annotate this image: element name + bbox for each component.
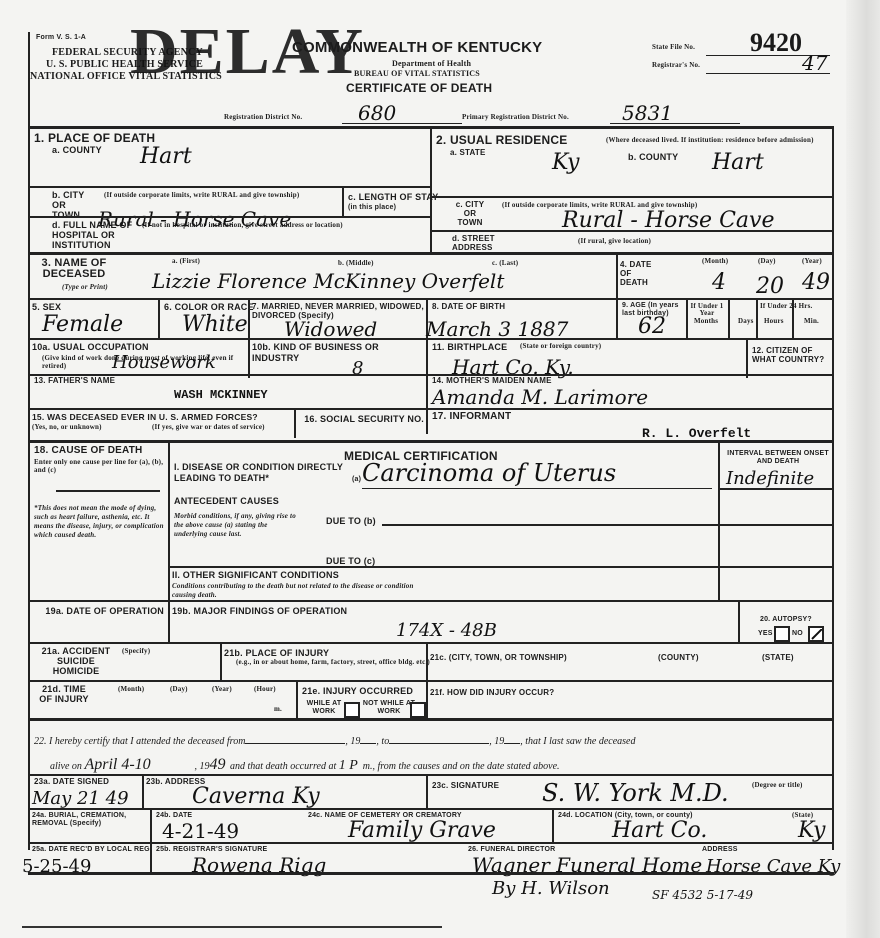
burial-state-value: Ky	[798, 820, 825, 842]
registrar-number: 47	[802, 52, 827, 74]
birthplace-label: 11. BIRTHPLACE	[432, 342, 507, 352]
burial-location-value: Hart Co.	[612, 820, 707, 842]
min-label: Min.	[804, 318, 819, 325]
last-seen-year: 49	[209, 756, 227, 775]
injury-year-label: (Year)	[212, 686, 232, 693]
informant-value: R. L. Overfelt	[642, 426, 751, 441]
due-to-b-label: DUE TO (b)	[326, 516, 376, 526]
death-day-value: 20	[756, 276, 784, 298]
bureau: BUREAU OF VITAL STATISTICS	[354, 69, 480, 79]
color-race-label: 6. COLOR OR RACE	[164, 302, 254, 312]
autopsy-no-checkbox[interactable]	[808, 626, 824, 642]
ssn-label: 16. SOCIAL SECURITY NO.	[300, 414, 424, 425]
state-title: COMMONWEALTH OF KENTUCKY	[292, 40, 542, 55]
certification-line-2: alive on April 4-10, 1949 and that death…	[50, 756, 560, 775]
date-of-death-label: 4. DATE OF DEATH	[620, 260, 660, 287]
filing-stamp-note: SF 4532 5-17-49	[652, 884, 753, 906]
primary-district-value: 5831	[622, 102, 673, 124]
business-label: 10b. KIND OF BUSINESS OR INDUSTRY	[252, 342, 428, 364]
injury-hour-label: (Hour)	[254, 686, 276, 693]
father-value: WASH MCKINNEY	[174, 388, 268, 402]
autopsy-yes-label: YES	[758, 630, 773, 637]
funeral-address-label: ADDRESS	[702, 846, 738, 853]
while-at-work-label: WHILE AT WORK	[302, 700, 346, 716]
hospital-label: d. FULL NAME OF HOSPITAL OR INSTITUTION	[52, 220, 136, 250]
place-of-injury-label: 21b. PLACE OF INJURY	[224, 648, 329, 658]
length-of-stay-label: c. LENGTH OF STAY	[348, 192, 438, 202]
registrar-signature-label: 25b. REGISTRAR'S SIGNATURE	[156, 846, 267, 853]
under-24-hrs-label: If Under 24 Hrs.	[760, 303, 832, 310]
registration-district-label: Registration District No.	[224, 114, 302, 121]
interval-value: Indefinite	[726, 468, 814, 490]
interval-label: INTERVAL BETWEEN ONSET AND DEATH	[724, 450, 832, 466]
cemetery-value: Family Grave	[348, 820, 496, 842]
certification-line-1: 22. I hereby certify that I attended the…	[34, 736, 635, 747]
informant-label: 17. INFORMANT	[432, 412, 511, 422]
business-value: 8	[352, 358, 363, 380]
occupation-label: 10a. USUAL OCCUPATION	[32, 342, 149, 352]
not-while-at-work-checkbox[interactable]	[410, 702, 426, 718]
operation-findings-label: 19b. MAJOR FINDINGS OF OPERATION	[172, 606, 347, 616]
injury-month-label: (Month)	[118, 686, 144, 693]
cause-footnote: *This does not mean the mode of dying, s…	[34, 504, 166, 540]
accident-label: 21a. ACCIDENT SUICIDE HOMICIDE	[36, 646, 116, 676]
first-name-label: a. (First)	[172, 258, 200, 265]
autopsy-no-label: NO	[792, 630, 803, 637]
residence-state-label: a. STATE	[450, 148, 486, 158]
armed-forces-note-a: (Yes, no, or unknown)	[32, 424, 102, 431]
autopsy-yes-checkbox[interactable]	[774, 626, 790, 642]
physician-signature: S. W. York M.D.	[542, 782, 729, 804]
funeral-director-signature: By H. Wilson	[492, 878, 610, 900]
time-of-injury-label: 21d. TIME OF INJURY	[36, 684, 92, 704]
date-received-label: 25a. DATE REC'D BY LOCAL REG.	[32, 846, 152, 853]
residence-city-label: c. CITY OR TOWN	[452, 200, 488, 227]
burial-date-label: 24b. DATE	[156, 812, 192, 819]
operation-findings-value: 174X - 48B	[396, 620, 497, 642]
injury-city-label: 21c. (CITY, TOWN, OR TOWNSHIP)	[430, 654, 567, 661]
injury-county-label: (COUNTY)	[658, 654, 699, 661]
due-to-c-label: DUE TO (c)	[326, 556, 375, 566]
not-while-at-work-label: NOT WHILE AT WORK	[362, 700, 416, 716]
death-certificate-scan: Form V. S. 1-A FEDERAL SECURITY AGENCY U…	[0, 0, 880, 938]
sex-value: Female	[42, 314, 123, 336]
dob-value: March 3 1887	[426, 318, 568, 340]
days-label: Days	[738, 318, 754, 325]
last-name-label: c. (Last)	[492, 260, 518, 267]
injury-m-label: m.	[274, 706, 282, 713]
residence-county-label: b. COUNTY	[628, 152, 678, 162]
deceased-name-value: Lizzie Florence McKinney Overfelt	[152, 270, 504, 292]
while-at-work-checkbox[interactable]	[344, 702, 360, 718]
residence-county-value: Hart	[712, 152, 764, 174]
father-label: 13. FATHER'S NAME	[34, 376, 115, 386]
color-race-value: White	[182, 314, 248, 336]
hours-label: Hours	[764, 318, 784, 325]
certificate-title: CERTIFICATE OF DEATH	[346, 82, 492, 94]
death-time: 1 P	[339, 758, 363, 775]
burial-date-value: 4-21-49	[162, 820, 239, 842]
birthplace-note: (State or foreign country)	[520, 343, 601, 350]
injury-occurred-label: 21e. INJURY OCCURRED	[302, 686, 413, 696]
cause-of-death-title: 18. CAUSE OF DEATH	[34, 446, 142, 456]
sex-label: 5. SEX	[32, 302, 61, 312]
death-city-note: (If outside corporate limits, write RURA…	[104, 191, 336, 199]
state-file-label: State File No.	[652, 44, 695, 51]
death-day-label: (Day)	[758, 258, 776, 265]
deceased-name-label: 3. NAME OF DECEASED	[34, 258, 114, 280]
other-conditions-label: II. OTHER SIGNIFICANT CONDITIONS	[172, 570, 339, 580]
how-injury-label: 21f. HOW DID INJURY OCCUR?	[430, 688, 554, 698]
death-month-label: (Month)	[702, 258, 728, 265]
burial-label: 24a. BURIAL, CREMATION, REMOVAL (Specify…	[32, 812, 148, 828]
other-conditions-note: Conditions contributing to the death but…	[172, 582, 422, 600]
morbid-conditions-note: Morbid conditions, if any, giving rise t…	[174, 512, 298, 539]
place-of-injury-note: (e.g., in or about home, farm, factory, …	[236, 658, 430, 666]
usual-residence-note: (Where deceased lived. If institution: r…	[606, 136, 832, 144]
degree-title-label: (Degree or title)	[752, 782, 803, 789]
middle-name-label: b. (Middle)	[338, 260, 374, 267]
residence-state-value: Ky	[552, 152, 579, 174]
death-year-label: (Year)	[802, 258, 822, 265]
date-signed-value: May 21 49	[32, 788, 129, 810]
age-value: 62	[638, 316, 666, 338]
length-of-stay-note: (in this place)	[348, 204, 396, 211]
armed-forces-note-b: (If yes, give war or dates of service)	[152, 424, 265, 431]
dob-label: 8. DATE OF BIRTH	[432, 302, 505, 312]
registration-district-value: 680	[358, 102, 396, 124]
cause-a-label: (a)	[352, 476, 361, 483]
primary-district-label: Primary Registration District No.	[462, 114, 569, 121]
occupation-value: Housework	[112, 352, 216, 374]
armed-forces-label: 15. WAS DECEASED EVER IN U. S. ARMED FOR…	[32, 412, 258, 422]
death-year-value: 49	[802, 272, 830, 294]
form-number: Form V. S. 1-A	[36, 34, 86, 41]
last-seen-date: April 4-10	[84, 756, 194, 775]
marital-value: Widowed	[284, 318, 377, 340]
usual-residence-title: 2. USUAL RESIDENCE	[436, 134, 567, 146]
death-county-label: a. COUNTY	[52, 145, 102, 155]
residence-street-note: (If rural, give location)	[578, 238, 651, 245]
date-signed-label: 23a. DATE SIGNED	[34, 778, 109, 785]
cause-a-value: Carcinoma of Uterus	[362, 462, 616, 484]
check-mark-icon	[810, 629, 822, 641]
signature-label: 23c. SIGNATURE	[432, 782, 499, 789]
deceased-name-note: (Type or Print)	[62, 284, 108, 291]
department: Department of Health	[392, 59, 471, 69]
injury-state-label: (STATE)	[762, 654, 794, 661]
state-file-number: 9420	[750, 28, 802, 58]
disease-condition-label: I. DISEASE OR CONDITION DIRECTLY LEADING…	[174, 462, 354, 484]
hospital-note: (If not in hospital or institution, give…	[142, 221, 432, 229]
months-label: Months	[694, 318, 718, 325]
certificate-form: Form V. S. 1-A FEDERAL SECURITY AGENCY U…	[22, 22, 840, 922]
funeral-director-label: 26. FUNERAL DIRECTOR	[468, 846, 555, 853]
registrar-no-label: Registrar's No.	[652, 62, 700, 69]
accident-specify: (Specify)	[122, 648, 150, 655]
antecedent-causes-label: ANTECEDENT CAUSES	[174, 496, 279, 506]
residence-street-label: d. STREET ADDRESS	[452, 234, 502, 252]
mother-value: Amanda M. Larimore	[432, 386, 648, 408]
death-county-value: Hart	[140, 146, 192, 168]
citizen-label: 12. CITIZEN OF WHAT COUNTRY?	[752, 346, 832, 364]
injury-day-label: (Day)	[170, 686, 188, 693]
scan-edge	[846, 0, 880, 938]
autopsy-label: 20. AUTOPSY?	[760, 616, 812, 623]
cause-instructions: Enter only one cause per line for (a), (…	[34, 458, 166, 474]
address-value: Caverna Ky	[192, 786, 320, 808]
under-1-year-label: If Under 1 Year	[690, 303, 724, 317]
residence-city-value: Rural - Horse Cave	[562, 210, 774, 232]
death-month-value: 4	[712, 272, 726, 294]
place-of-death-title: 1. PLACE OF DEATH	[34, 132, 155, 144]
operation-date-label: 19a. DATE OF OPERATION	[34, 606, 164, 617]
